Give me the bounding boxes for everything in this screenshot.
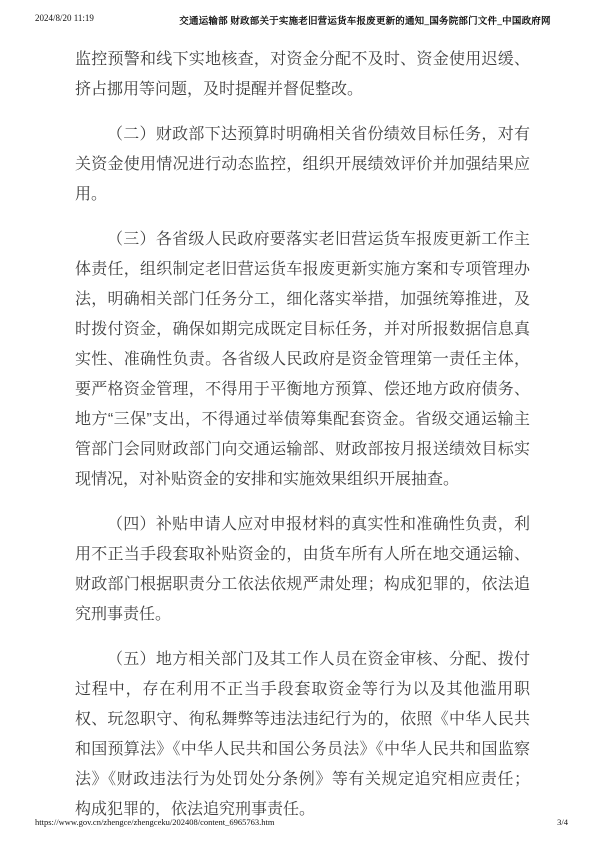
source-url: https://www.gov.cn/zhengce/zhengceku/202… bbox=[35, 817, 274, 827]
body-paragraph-item-3: （三）各省级人民政府要落实老旧营运货车报废更新工作主体责任，组织制定老旧营运货车… bbox=[75, 225, 530, 495]
print-datetime: 2024/8/20 11:19 bbox=[35, 13, 94, 23]
document-body: 监控预警和线下实地核查，对资金分配不及时、资金使用迟缓、挤占挪用等问题，及时提醒… bbox=[75, 45, 530, 840]
body-paragraph-item-4: （四）补贴申请人应对申报材料的真实性和准确性负责，利用不正当手段套取补贴资金的，… bbox=[75, 510, 530, 630]
print-footer: https://www.gov.cn/zhengce/zhengceku/202… bbox=[0, 817, 600, 831]
body-paragraph-continuation: 监控预警和线下实地核查，对资金分配不及时、资金使用迟缓、挤占挪用等问题，及时提醒… bbox=[75, 45, 530, 105]
body-paragraph-item-5: （五）地方相关部门及其工作人员在资金审核、分配、拨付过程中，存在利用不正当手段套… bbox=[75, 645, 530, 825]
body-paragraph-item-2: （二）财政部下达预算时明确相关省份绩效目标任务，对有关资金使用情况进行动态监控，… bbox=[75, 120, 530, 210]
page-number: 3/4 bbox=[557, 817, 568, 827]
print-title: 交通运输部 财政部关于实施老旧营运货车报废更新的通知_国务院部门文件_中国政府网 bbox=[150, 13, 580, 27]
document-page: 2024/8/20 11:19 交通运输部 财政部关于实施老旧营运货车报废更新的… bbox=[0, 0, 600, 849]
print-header: 2024/8/20 11:19 交通运输部 财政部关于实施老旧营运货车报废更新的… bbox=[0, 13, 600, 27]
